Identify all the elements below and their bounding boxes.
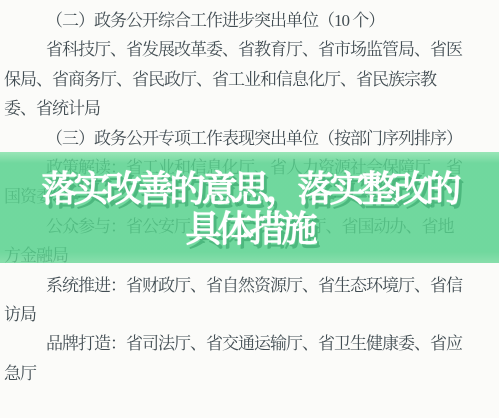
doc-line: 系统推进：省财政厅、省自然资源厅、省生态环境厅、省信	[4, 271, 499, 300]
doc-line: 急厅	[4, 359, 499, 388]
doc-line: 访局	[4, 300, 499, 329]
headline-line2: 具体措施	[0, 209, 499, 249]
doc-line: 委、省统计局	[4, 94, 499, 123]
headline-line1: 落实改善的意思，落实整改的	[0, 169, 499, 209]
doc-line: 品牌打造：省司法厅、省交通运输厅、省卫生健康委、省应	[4, 329, 499, 358]
doc-line: 保局、省商务厅、省民政厅、省工业和信息化厅、省民族宗教	[4, 65, 499, 94]
doc-line: （二）政务公开综合工作进步突出单位（10 个）	[4, 6, 499, 35]
doc-line: （三）政务公开专项工作表现突出单位（按部门序列排序）	[4, 124, 499, 153]
headline-overlay: 落实改善的意思，落实整改的 具体措施	[0, 169, 499, 249]
doc-line: 省科技厅、省发展改革委、省教育厅、省市场监管局、省医	[4, 35, 499, 64]
